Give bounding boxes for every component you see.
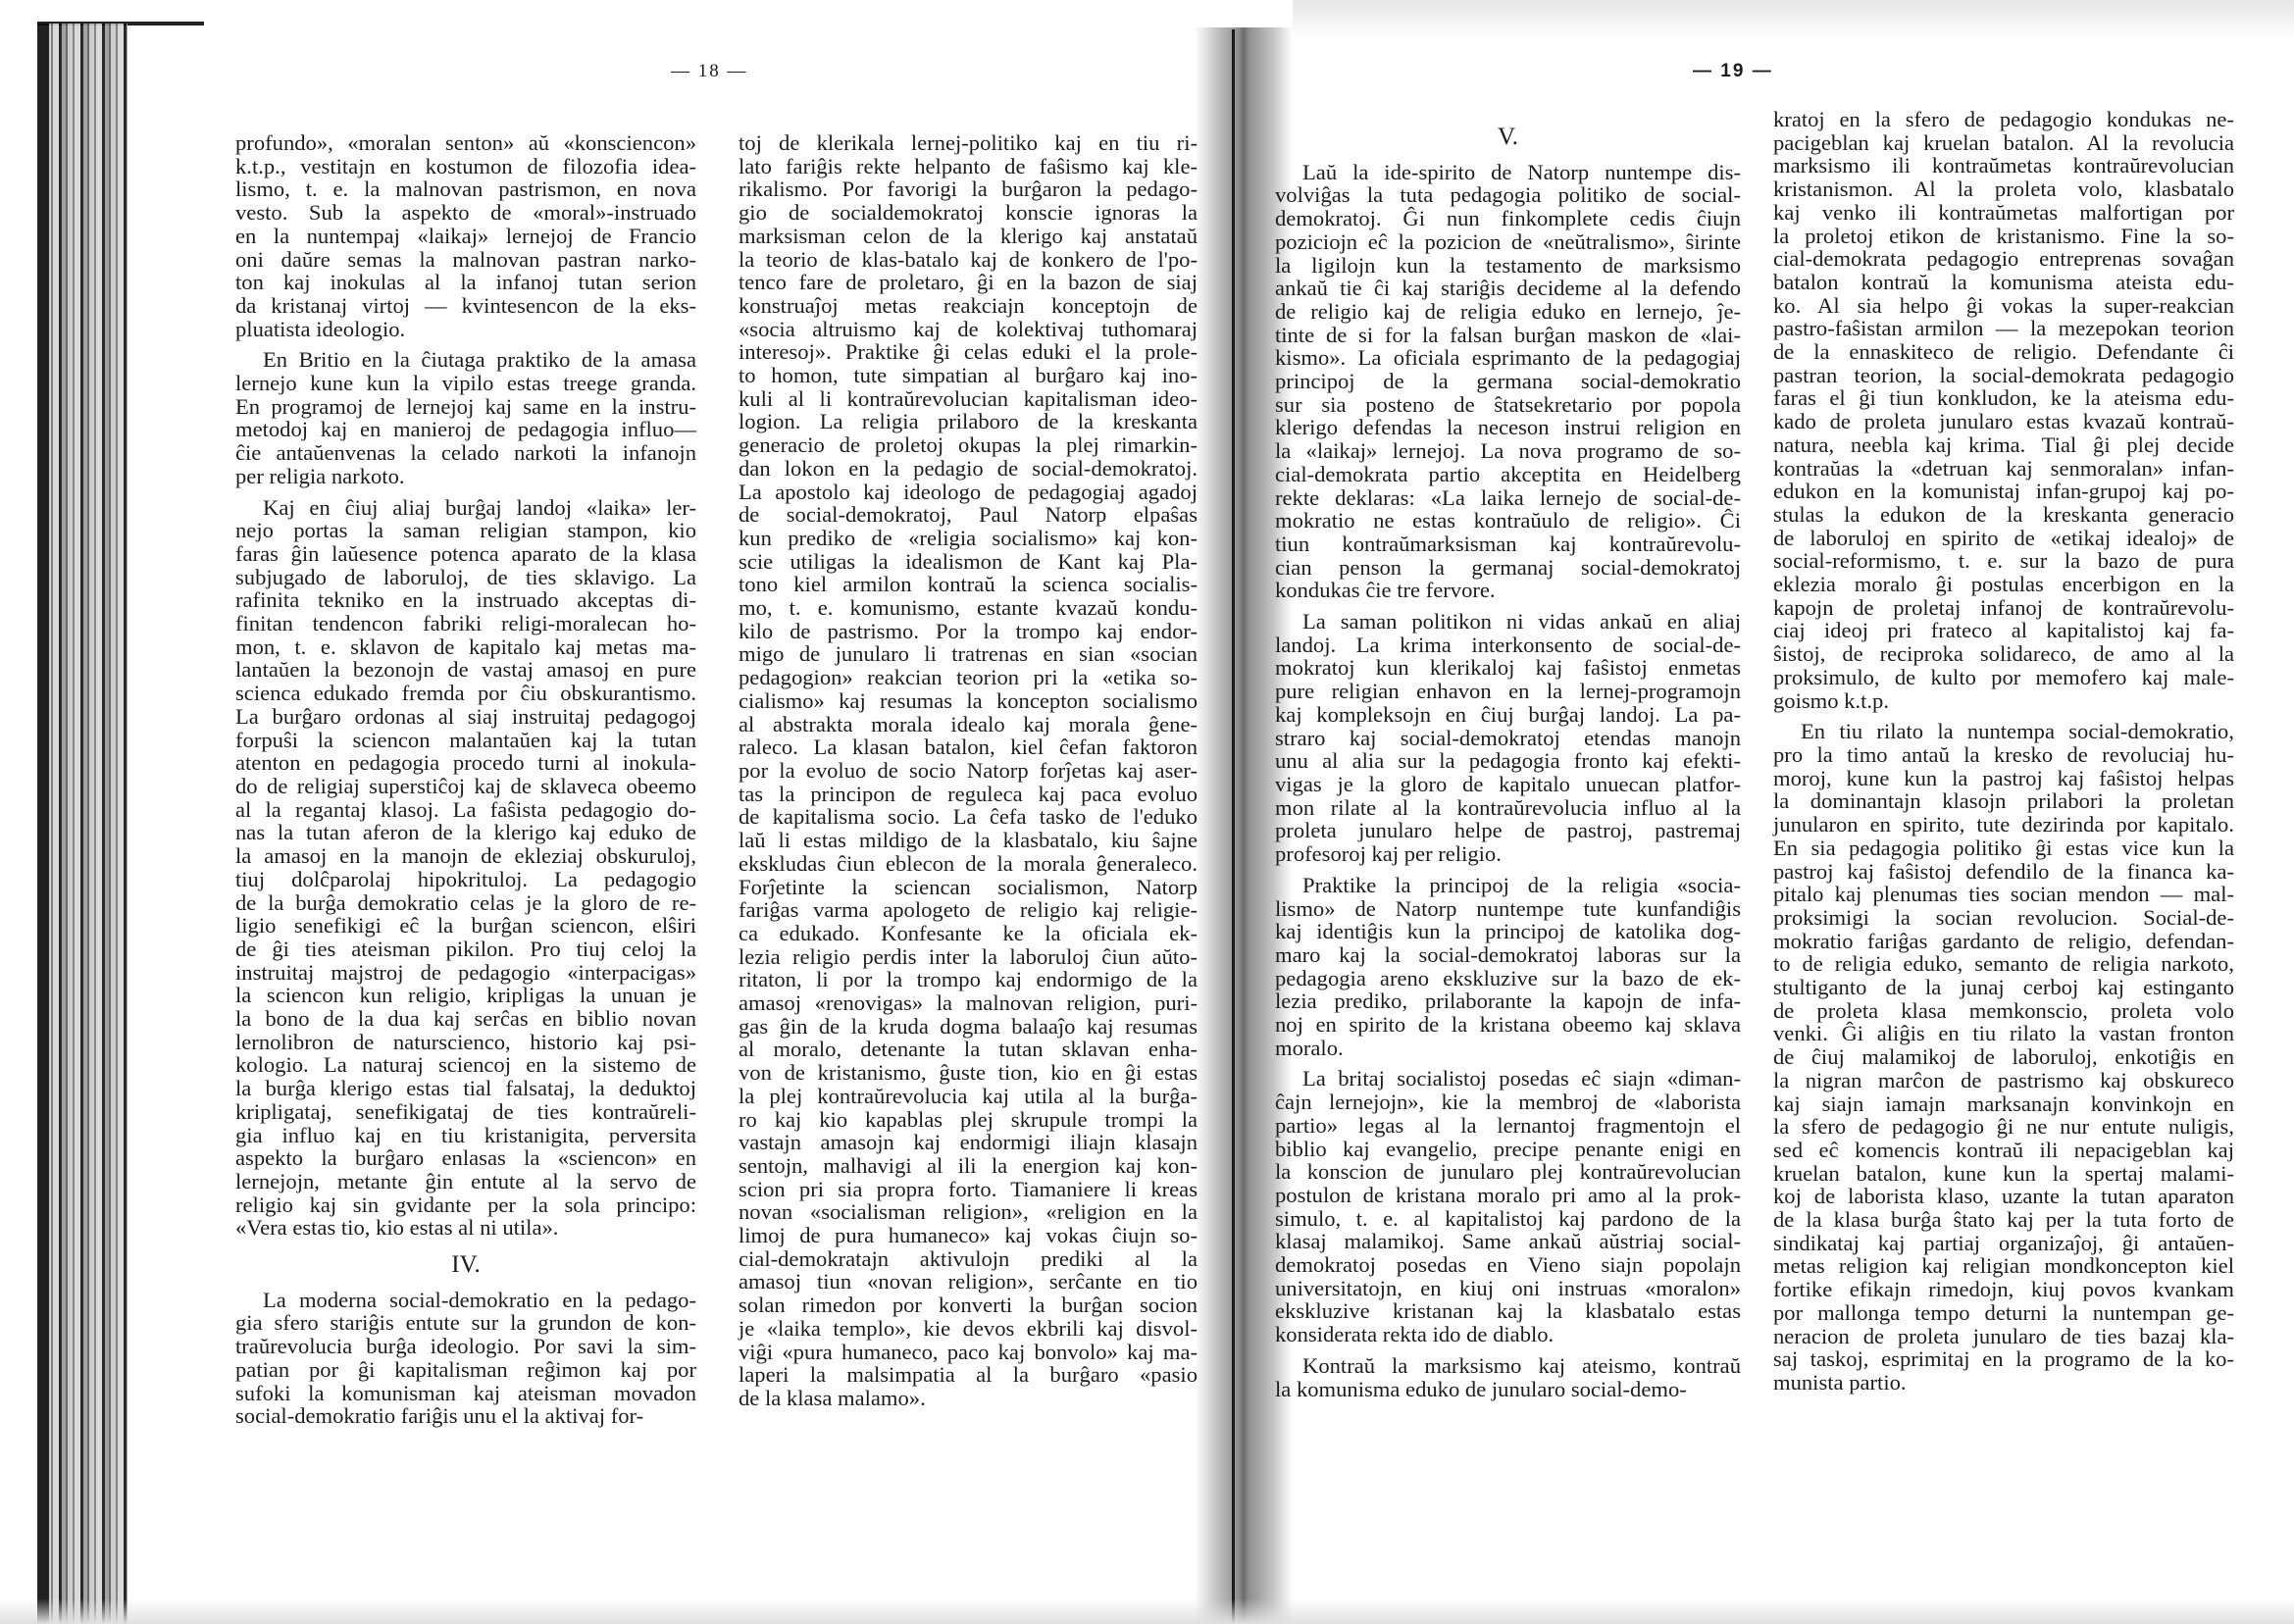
text-line: faras ĝin laŭesence potenca aparato de l… [235,542,696,566]
text-line: pedagogion» reakcian teorion pri la «eti… [739,666,1198,689]
text-line: pure religian enhavon en la lernej-progr… [1275,680,1741,703]
text-line: maro kaj la social-demokratoj laboras su… [1275,943,1741,967]
text-line: «Vera estas tio, kio estas al ni utila». [235,1216,696,1240]
text-line: novan «socialisman religion», «religion … [739,1200,1198,1224]
text-line: kruelan batalon, kune kun la spertaj mal… [1773,1162,2234,1186]
text-line: En Britio en la ĉiutaga praktiko de la a… [235,348,696,372]
text-line: ĉie antaŭenvenas la celado narkoti la in… [235,441,696,465]
text-line: gia influo kaj en tiu kristanigita, perv… [235,1124,696,1147]
text-line: per religia narkoto. [235,465,696,488]
text-line: faras el ĝi tiun konkludon, ke la ateism… [1773,386,2234,410]
text-line: ciaj ideoj pri frateco al kapitalistoj k… [1773,619,2234,642]
text-line: do de religiaj superstiĉoj kaj de sklave… [235,775,696,798]
text-line: ro kaj kio kapablas plej skrupule trompi… [739,1108,1198,1132]
text-line: cial-demokrata partio akceptita en Heide… [1275,463,1741,486]
text-line: rafinita tekniko en la instruado akcepta… [235,588,696,612]
text-line: sentojn, malhavigi al ili la energion ka… [739,1154,1198,1178]
text-line: sindikataj kaj partiaj organizaĵoj, ĝi a… [1773,1232,2234,1255]
text-line: to de religia eduko, semanto de religia … [1773,952,2234,976]
text-line: al moralo, detenante la tutan sklavan en… [739,1038,1198,1061]
text-line: nas la tutan aferon de la klerigo kaj ed… [235,821,696,844]
text-line: instruitaj majstroj de pedagogio «interp… [235,961,696,985]
text-line: lernejo kune kun la vipilo estas treege … [235,372,696,395]
text-line: la burĝa klerigo estas tial falsataj, la… [235,1077,696,1100]
text-line: simulo, t. e. al kapitalistoj kaj pardon… [1275,1207,1741,1231]
text-line: pluatista ideologio. [235,318,696,341]
text-line: laŭ li estas mildigo de la klasbatalo, k… [739,829,1198,852]
text-line: La britaj socialistoj posedas eĉ siajn «… [1275,1067,1741,1091]
text-line: cial-demokrata pedagogio entreprenas sov… [1773,247,2234,271]
text-column: profundo», «moralan senton» aŭ «konscien… [235,131,696,1428]
text-line: ankaŭ tie ĉi kaj stariĝis decideme al la… [1275,277,1741,300]
text-line: kologio. La naturaj sciencoj en la siste… [235,1053,696,1077]
text-line: finitan tendencon fabriki religi-moralec… [235,612,696,635]
text-line: al la regantaj klasoj. La faŝista pedago… [235,798,696,822]
text-line: stulas la edukon de la kreskanta generac… [1773,503,2234,527]
text-line: por la evoluo de socio Natorp forĵetas k… [739,759,1198,783]
text-line: koj de laborista klaso, uzante la tutan … [1773,1185,2234,1208]
text-line: gas ĝin de la kruda dogma balaaĵo kaj re… [739,1015,1198,1039]
text-line: Forĵetinte la sciencan socialismon, Nato… [739,876,1198,899]
text-line: unu al alia sur la pedagogia fronto kaj … [1275,749,1741,773]
book-page-edges [37,24,127,1624]
text-line: scienca edukado fremda por ĉiu obskurant… [235,682,696,705]
text-line: demokratoj posedas en Vieno siajn popola… [1275,1253,1741,1277]
text-line: von de kristanismo, ĝuste tion, kio en ĝ… [739,1061,1198,1085]
text-line: la sciencon kun religio, kripligas la un… [235,984,696,1007]
text-line: tono kiel armilon kontraŭ la scienca soc… [739,573,1198,596]
section-heading: IV. [235,1253,696,1277]
text-line: profesoroj kaj per religio. [1275,842,1741,866]
text-line: konsiderata rekta ido de diablo. [1275,1323,1741,1346]
text-line: de la burĝa demokratio celas je la gloro… [235,891,696,915]
text-line: la dominantajn klasojn prilabori la prol… [1773,789,2234,813]
text-line: lernolibron de naturscienco, historio ka… [235,1031,696,1054]
text-line: por mallonga tempo deturni la nuntempan … [1773,1301,2234,1325]
text-line: lismo» de Natorp nuntempe tute kunfandiĝ… [1275,897,1741,921]
text-line: batalon kontraŭ la komunisma ateista edu… [1773,271,2234,294]
text-line: pitalo kaj plenumas ties socian mendon —… [1773,883,2234,906]
text-line: ritaton, li por la trompo kaj endormigo … [739,968,1198,991]
paragraph: En tiu rilato la nuntempa social-demokra… [1773,720,2234,1394]
text-line: pastro-faŝistan armilon — la mezepokan t… [1773,317,2234,340]
text-line: munista partio. [1773,1371,2234,1395]
text-line: amasoj «renovigas» la malnovan religion,… [739,991,1198,1015]
text-line: la bono de la dua kaj serĉas en biblio n… [235,1007,696,1031]
text-line: ton kaj inokulas al la infanoj tutan ser… [235,271,696,294]
text-line: de ĝi ties ateisman pikilon. Pro tiuj ce… [235,938,696,961]
text-line: partio» legas al la lernantoj fragmentoj… [1275,1114,1741,1138]
text-line: noj en spirito de la kristana obeemo kaj… [1275,1013,1741,1037]
text-line: venki. Ĝi aliĝis en tiu rilato la vastan… [1773,1022,2234,1045]
text-line: fortike efikajn rimedojn, kiuj povos kva… [1773,1278,2234,1301]
book-spine-line [1232,29,1235,1624]
text-line: sur sia posteno de ŝtatsekretario por po… [1275,393,1741,417]
text-line: saj taskoj, esprimitaj en la programo de… [1773,1347,2234,1371]
text-line: la teorio de klas-batalo kaj de konkero … [739,248,1198,272]
text-line: tiun kontraŭmarksisman kaj kontraŭrevolu… [1275,533,1741,556]
text-line: pastroj kaj faŝistoj defendilo de la fin… [1773,860,2234,884]
text-line: En programoj de lernejoj kaj same en la … [235,395,696,419]
text-line: ekskludas ĉiun eblecon de la morala ĝene… [739,852,1198,876]
text-line: kondukas ĉie tre fervore. [1275,579,1741,602]
text-line: tinte de si for la falsan burĝan maskon … [1275,324,1741,347]
text-line: la proletoj etikon de kristanismo. Fine … [1773,225,2234,248]
text-line: gia sfero stariĝis entute sur la grundon… [235,1311,696,1335]
text-line: postulon de kristana moralo pri amo al l… [1275,1184,1741,1207]
paragraph: kratoj en la sfero de pedagogio kondukas… [1773,108,2234,712]
text-line: lezia religio perdis inter la laboruloj … [739,945,1198,969]
text-line: stultiganto de la junaj cerboj kaj estin… [1773,976,2234,999]
text-line: ekskluzive kristanan kaj la klasbatalo e… [1275,1299,1741,1323]
text-line: la ligilojn kun la testamento de marksis… [1275,254,1741,278]
text-line: klerigo defendas la neceson instrui reli… [1275,416,1741,439]
text-line: kripligataj, senefikigataj de ties kontr… [235,1100,696,1124]
text-line: kun prediko de «religia socialismo» kaj … [739,527,1198,550]
text-line: toj de klerikala lernej-politiko kaj en … [739,131,1198,155]
text-line: sed eĉ komencis kontraŭ ili nepacigeblan… [1773,1139,2234,1162]
paragraph: Kontraŭ la marksismo kaj ateismo, kontra… [1275,1354,1741,1400]
text-line: universitatojn, en kiuj oni instruas «mo… [1275,1277,1741,1300]
text-line: La saman politikon ni vidas ankaŭ en ali… [1275,610,1741,634]
text-line: kaj kompleksojn en ĉiuj burĝaj landoj. L… [1275,703,1741,727]
text-line: kontraŭas la «detruan kaj senmoralan» in… [1773,457,2234,481]
text-line: Laŭ la ide-spirito de Natorp nuntempe di… [1275,161,1741,184]
text-line: ligio senefikigi eĉ la burĝan sciencon, … [235,914,696,938]
text-line: la nigran marĉon de pastrismo kaj obskur… [1773,1069,2234,1092]
text-line: atenton en pedagogia procedo turni al in… [235,751,696,775]
text-line: lernejojn, metante ĝin entute al la serv… [235,1170,696,1193]
text-line: de ĉiuj malamikoj de laboruloj, enkotiĝi… [1773,1045,2234,1069]
text-line: metas religion kaj religian mondkoncepto… [1773,1254,2234,1278]
text-line: mo, t. e. komunismo, estante kvazaŭ kond… [739,596,1198,620]
text-line: tiuj dolĉparolaj hipokrituloj. La pedago… [235,868,696,891]
section-heading: V. [1275,126,1741,149]
text-line: konstruaĵoj metas reakciajn konceptojn d… [739,294,1198,318]
text-line: «socia altruismo kaj de kolektivaj tutho… [739,318,1198,341]
text-line: Kontraŭ la marksismo kaj ateismo, kontra… [1275,1354,1741,1378]
text-line: poziciojn eĉ la pozicion de «neŭtralismo… [1275,230,1741,254]
text-line: lantaŭen la bezonojn de vastaj amasoj en… [235,658,696,682]
paragraph: Praktike la principoj de la religia «soc… [1275,874,1741,1060]
text-line: vigas je la gloro de kapitalo unuecan pl… [1275,773,1741,796]
text-line: la komunisma eduko de junularo social-de… [1275,1378,1741,1401]
text-line: limoj de pura humaneco» kaj vokas ĉiujn … [739,1224,1198,1247]
text-line: natura, neebla kaj krima. Tial ĝi plej d… [1773,433,2234,457]
text-line: al abstrakta morala idealo kaj morala ĝe… [739,713,1198,736]
text-line: cial-demokratajn aktivulojn prediki al l… [739,1247,1198,1271]
text-line: pastran teorion, la social-demokrata ped… [1773,364,2234,387]
text-line: profundo», «moralan senton» aŭ «konscien… [235,131,696,155]
text-line: klasaj malamikoj. Same ankaŭ aŭstriaj so… [1275,1230,1741,1253]
text-line: marksismo ili kontraŭmetas kontraŭrevolu… [1773,154,2234,178]
text-line: ca edukado. Konfesante ke la oficiala ek… [739,922,1198,945]
text-line: solan rimedon por konverti la burĝan soc… [739,1294,1198,1317]
text-line: gio de socialdemokratoj konscie ignoras … [739,201,1198,225]
paragraph: toj de klerikala lernej-politiko kaj en … [739,131,1198,1410]
text-line: de la klasa burĝa ŝtato kaj per la tuta … [1773,1208,2234,1232]
text-line: goismo k.t.p. [1773,689,2234,713]
text-line: cialismo» kaj resumas la koncepton socia… [739,689,1198,713]
text-line: laperi la malsimpatia al la burĝaro «pas… [739,1363,1198,1387]
text-line: tenco fare de proletaro, ĝi en la bazon … [739,271,1198,294]
paragraph: La moderna social-demokratio en la pedag… [235,1289,696,1428]
text-column: toj de klerikala lernej-politiko kaj en … [739,131,1198,1410]
text-line: religio kaj sin gvidante per la sola pri… [235,1193,696,1217]
text-line: kaj siajn iamajn marksanajn konvinkojn e… [1773,1092,2234,1116]
text-line: de la klasa malamo». [739,1387,1198,1410]
text-line: La burĝaro ordonas al siaj instruitaj pe… [235,705,696,729]
text-line: kado de proleta junularo estas kvazaŭ ko… [1773,410,2234,433]
text-line: kristanismon. Al la proleta volo, klasba… [1773,178,2234,201]
text-line: biblio kaj evangelio, precipe penante en… [1275,1138,1741,1161]
text-line: raleco. La klasan batalon, kiel ĉefan fa… [739,736,1198,759]
text-line: proleta junularo helpe de pastroj, pastr… [1275,819,1741,842]
text-line: generacio de proletoj okupas la plej rim… [739,433,1198,457]
text-line: pacigeblan kaj kruelan batalon. Al la re… [1773,131,2234,155]
text-line: patian por ĝi kapitalisman reĝimon kaj p… [235,1358,696,1382]
scan-shadow-bottom [0,1599,2294,1624]
text-line: neracion de proleta junularo de ties baz… [1773,1325,2234,1348]
text-line: logion. La religia prilaboro de la kresk… [739,410,1198,433]
text-line: junularon en spirito, tute dezirinda por… [1773,813,2234,837]
text-line: subjugado de laboruloj, de ties sklavigo… [235,566,696,589]
text-line: landoj. La krima interkonsento de social… [1275,634,1741,657]
text-line: ŝistoj, de reciproka solidareco, de amo … [1773,642,2234,666]
text-line: scion pri sia propra forto. Tiamaniere l… [739,1178,1198,1201]
text-line: demokratoj. Ĝi nun finkomplete cedis ĉiu… [1275,207,1741,230]
text-line: migo de junularo li tratrenas en sian «s… [739,642,1198,666]
text-line: proksimigi la socian revolucion. Social-… [1773,906,2234,930]
text-line: mon, t. e. sklavon de kapitalo kaj metas… [235,635,696,659]
text-line: social-demokratio fariĝis unu el la akti… [235,1404,696,1428]
text-column: V.Laŭ la ide-spirito de Natorp nuntempe … [1275,112,1741,1400]
text-line: da kristanaj virtoj — kvintesencon de la… [235,294,696,318]
text-line: de kapitalisma socio. La ĉefa tasko de l… [739,805,1198,829]
text-line: sufoki la komunisman kaj ateisman movado… [235,1382,696,1405]
text-line: mon rilate al la kontraŭrevolucia influo… [1275,796,1741,820]
text-line: de proleta klasa memkonscio, proleta vol… [1773,999,2234,1023]
paragraph: La britaj socialistoj posedas eĉ siajn «… [1275,1067,1741,1345]
text-line: moralo. [1275,1037,1741,1060]
text-line: cian penson la germanaj social-demokrato… [1275,556,1741,580]
text-line: lato fariĝis rekte helpanto de faŝismo k… [739,155,1198,178]
text-line: tas la principon de reguleca kaj paca ev… [739,783,1198,806]
text-line: mokratio ne estas kontraŭulo de religio»… [1275,509,1741,533]
text-line: Praktike la principoj de la religia «soc… [1275,874,1741,897]
page-number-right: — 19 — [1693,61,1773,82]
book-spread: — 18 — — 19 — profundo», «moralan senton… [0,0,2294,1624]
paragraph: Kaj en ĉiuj aliaj burĝaj landoj «laika» … [235,496,696,1241]
text-line: la plej kontraŭrevolucia kaj utila al la… [739,1085,1198,1108]
text-line: la «laikaj» lernejoj. La nova programo d… [1275,439,1741,463]
text-line: traŭrevolucia burĝa ideologio. Por savi … [235,1335,696,1358]
text-line: En sia pedagogia politiko ĝi estas vice … [1773,837,2234,860]
paragraph: Laŭ la ide-spirito de Natorp nuntempe di… [1275,161,1741,602]
page-number-left: — 18 — [671,61,748,82]
text-line: Kaj en ĉiuj aliaj burĝaj landoj «laika» … [235,496,696,520]
text-line: fariĝas varma apologeto de religio kaj r… [739,898,1198,922]
text-line: eklezia moralo ĝi postulas encerbigon en… [1773,573,2234,596]
text-line: interesoj». Praktike ĝi celas eduki el l… [739,340,1198,364]
text-line: straro kaj social-demokratoj etendas man… [1275,727,1741,750]
text-line: forpuŝi la sciencon malantaŭen kaj la tu… [235,729,696,752]
text-line: proksimulo, de kulto por memofero kaj ma… [1773,666,2234,689]
text-line: kilo de pastrismo. Por la trompo kaj end… [739,620,1198,643]
text-line: oni daŭre semas la malnovan pastran nark… [235,248,696,272]
text-line: scie utiligas la idealismon de Kant kaj … [739,550,1198,574]
text-line: lezia prediko, prilaborante la kapojn de… [1275,990,1741,1013]
text-line: social-reformismo, t. e. sur la bazo de … [1773,549,2234,573]
text-line: k.t.p., vestitajn en kostumon de filozof… [235,155,696,178]
text-line: la amasoj en la manojn de ekleziaj obsku… [235,844,696,868]
text-line: edukon en la komunistaj infan-grupoj kaj… [1773,480,2234,503]
text-line: to homon, tute simpatian al burĝaro kaj … [739,364,1198,387]
text-line: kaj venko ili kontraŭmetas malfortigan p… [1773,201,2234,225]
text-line: ko. Al sia helpo ĝi vokas la super-reakc… [1773,294,2234,318]
text-line: la konscion de junularo plej kontraŭrevo… [1275,1160,1741,1184]
text-line: kratoj en la sfero de pedagogio kondukas… [1773,108,2234,131]
paragraph: profundo», «moralan senton» aŭ «konscien… [235,131,696,340]
text-line: kaj identiĝis kun la principoj de katoli… [1275,920,1741,943]
text-line: pro la timo antaŭ la kresko de revolucia… [1773,743,2234,767]
text-line: vastajn amasojn kaj endormigi iliajn kla… [739,1131,1198,1154]
text-line: La moderna social-demokratio en la pedag… [235,1289,696,1312]
text-line: lismo, t. e. la malnovan pastrismon, en … [235,178,696,201]
text-line: kapojn de proletaj infanoj de kontraŭrev… [1773,596,2234,620]
text-line: aspekto la burĝaro enlasas la «sciencon»… [235,1146,696,1170]
text-line: kismo». La oficiala esprimanto de la ped… [1275,346,1741,370]
text-line: moroj, kune kun la pastroj kaj faŝistoj … [1773,767,2234,790]
text-line: pedagogia areno ekskluzive sur la bazo d… [1275,967,1741,990]
text-line: je «laika templo», kie devos ekbrili kaj… [739,1317,1198,1341]
text-line: vesto. Sub la aspekto de «moral»-instrua… [235,201,696,225]
text-line: mokratio fariĝas gardanto de religio, de… [1773,930,2234,953]
text-line: de social-demokratoj, Paul Natorp elpaŝa… [739,503,1198,527]
text-line: ĉajn lernejojn», kie la membroj de «labo… [1275,1091,1741,1114]
text-column: kratoj en la sfero de pedagogio kondukas… [1773,108,2234,1395]
text-line: de religio kaj de religia eduko en lerne… [1275,300,1741,324]
text-line: metodoj kaj en manieroj de pedagogia inf… [235,418,696,441]
text-line: marksisman celon de la klerigo kaj ansta… [739,225,1198,248]
text-line: mokratoj kun klerikaloj kaj faŝistoj enm… [1275,656,1741,680]
text-line: rikalismo. Por favorigi la burĝaron la p… [739,178,1198,201]
text-line: En tiu rilato la nuntempa social-demokra… [1773,720,2234,743]
text-line: de la ennaskiteco de religio. Defendante… [1773,340,2234,364]
text-line: dan lokon en la pedagio de social-demokr… [739,457,1198,481]
text-line: kuli al li kontraŭrevolucian kapitalisma… [739,387,1198,411]
text-line: de laboruloj en spirito de «etikaj ideal… [1773,527,2234,550]
text-line: La apostolo kaj ideologo de pedagogiaj a… [739,481,1198,504]
scan-shadow-top [1293,0,2294,39]
text-line: la sfero de pedagogio ĝi ne nur entute n… [1773,1115,2234,1139]
text-line: volviĝas la tuta pedagogia politiko de s… [1275,183,1741,207]
text-line: amasoj tiun «novan religion», serĉante e… [739,1270,1198,1294]
text-line: rekte deklaras: «La laika lernejo de soc… [1275,486,1741,510]
text-line: viĝi «pura humaneco, paco kaj bonvolo» k… [739,1341,1198,1364]
paragraph: En Britio en la ĉiutaga praktiko de la a… [235,348,696,487]
text-line: nejo portas la saman religian stampon, k… [235,519,696,542]
text-line: principoj de la germana social-demokrati… [1275,370,1741,393]
paragraph: La saman politikon ni vidas ankaŭ en ali… [1275,610,1741,866]
text-line: en la nuntempaj «laikaj» lernejoj de Fra… [235,225,696,248]
